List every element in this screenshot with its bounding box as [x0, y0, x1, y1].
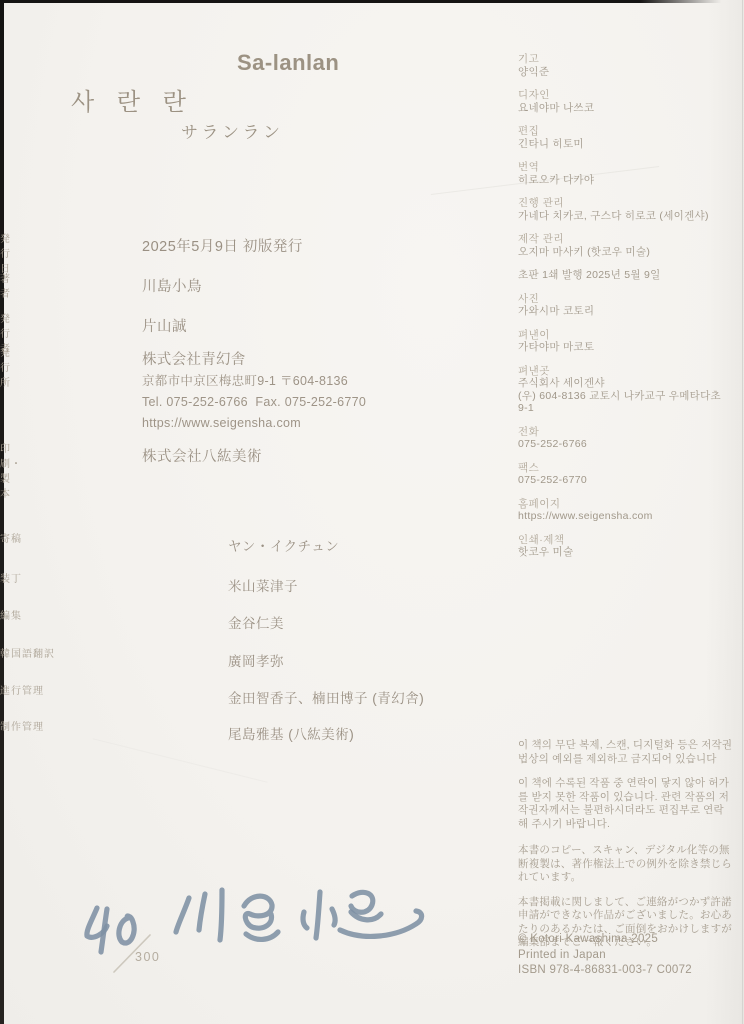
imprint-value: 株式会社八紘美術 — [142, 445, 262, 466]
publisher-tel-fax: Tel. 075-252-6766 Fax. 075-252-6770 — [142, 392, 366, 413]
korean-label: 팩스 — [518, 462, 733, 475]
imprint-value-block: 株式会社青幻舎 京都市中京区梅忠町9-1 〒604-8136 Tel. 075-… — [142, 349, 366, 434]
imprint-value: 川島小鳥 — [142, 275, 202, 296]
japanese-copyright-notice: 本書のコピー、スキャン、デジタル化等の無断複製は、著作権法上での例外を除き禁じら… — [518, 844, 734, 885]
printed-in-line: Printed in Japan — [518, 948, 692, 964]
publisher-address: 京都市中京区梅忠町9-1 〒604-8136 — [142, 371, 366, 392]
korean-row-homepage: 홈페이지 https://www.seigensha.com — [518, 498, 733, 523]
korean-label: 제작 관리 — [518, 233, 733, 246]
isbn-line: ISBN 978-4-86831-003-7 C0072 — [518, 963, 692, 979]
korean-row-photography: 사진 가와시마 코토리 — [518, 293, 733, 318]
credit-value: 尾島雅基 (八紘美術) — [228, 723, 354, 743]
publisher-url: https://www.seigensha.com — [142, 413, 366, 434]
korean-value: (우) 604-8136 교토시 나카교구 우메타다초 9-1 — [518, 390, 733, 415]
korean-copyright-notice: 이 책의 무단 복제, 스캔, 디지털화 등은 저작권법상의 예외를 제외하고 … — [518, 739, 734, 766]
paper-crease — [93, 738, 268, 783]
book-title-english: Sa-lanlan — [237, 50, 339, 76]
korean-row-design: 디자인 요네야마 나쓰코 — [518, 89, 733, 114]
korean-value: 핫코우 미술 — [518, 546, 733, 559]
korean-row-publisher-company: 펴낸곳 주식회사 세이겐샤 (우) 604-8136 교토시 나카교구 우메타다… — [518, 365, 733, 415]
korean-label: 인쇄·제책 — [518, 534, 733, 547]
korean-value: https://www.seigensha.com — [518, 510, 733, 523]
handwritten-signature — [58, 878, 438, 993]
korean-row-telephone: 전화 075-252-6766 — [518, 426, 733, 451]
korean-colophon-column: 기고 양익준 디자인 요네야마 나쓰코 편집 긴타니 히토미 번역 히로오카 다… — [518, 53, 733, 570]
publisher-name: 株式会社青幻舎 — [142, 349, 366, 371]
credit-value: 米山菜津子 — [228, 575, 298, 595]
book-title-korean: 사 란 란 — [71, 82, 194, 117]
photo-edge-left — [0, 0, 4, 1024]
korean-label: 펴낸이 — [518, 329, 733, 342]
korean-value: 긴타니 히토미 — [518, 138, 733, 151]
imprint-value: 片山誠 — [142, 315, 187, 336]
korean-value: 히로오카 다카야 — [518, 174, 733, 187]
korean-row-translation: 번역 히로오카 다카야 — [518, 161, 733, 186]
korean-label: 펴낸곳 — [518, 365, 733, 378]
korean-label: 전화 — [518, 426, 733, 439]
credit-value: 金谷仁美 — [228, 612, 284, 632]
credit-value: 廣岡孝弥 — [228, 650, 284, 670]
korean-label: 기고 — [518, 53, 733, 66]
korean-value: 초판 1쇄 발행 2025년 5월 9일 — [518, 269, 733, 282]
book-title-japanese: サランラン — [181, 118, 284, 143]
korean-row-production-management: 제작 관리 오지마 마사키 (핫코우 미술) — [518, 233, 733, 258]
korean-value: 075-252-6766 — [518, 438, 733, 451]
korean-value: 075-252-6770 — [518, 474, 733, 487]
korean-label: 홈페이지 — [518, 498, 733, 511]
korean-legal-notices: 이 책의 무단 복제, 스캔, 디지털화 등은 저작권법상의 예외를 제외하고 … — [518, 739, 734, 842]
imprint-value: 2025年5月9日 初版発行 — [142, 235, 303, 256]
credit-value: 金田智香子、楠田博子 (青幻舎) — [228, 687, 424, 707]
korean-value: 가네다 치카코, 구스다 히로코 (세이겐샤) — [518, 210, 733, 223]
korean-row-progress-management: 진행 관리 가네다 치카코, 구스다 히로코 (세이겐샤) — [518, 197, 733, 222]
credit-value: ヤン・イクチュン — [228, 535, 339, 555]
korean-label: 편집 — [518, 125, 733, 138]
korean-contact-notice: 이 책에 수록된 작품 중 연락이 닿지 않아 허가를 받지 못한 작품이 있습… — [518, 777, 734, 831]
korean-label: 디자인 — [518, 89, 733, 102]
photo-edge-right — [742, 0, 743, 1024]
korean-value: 가와시마 코토리 — [518, 305, 733, 318]
korean-value: 양익준 — [518, 66, 733, 79]
book-colophon-page: Sa-lanlan 사 란 란 サランラン 発行日 2025年5月9日 初版発行… — [0, 0, 744, 1024]
korean-row-fax: 팩스 075-252-6770 — [518, 462, 733, 487]
korean-row-contribution: 기고 양익준 — [518, 53, 733, 78]
korean-row-publisher-person: 펴낸이 가타야마 마코토 — [518, 329, 733, 354]
korean-value: 주식회사 세이겐샤 — [518, 377, 733, 390]
korean-row-editing: 편집 긴타니 히토미 — [518, 125, 733, 150]
korean-row-printing-binding: 인쇄·제책 핫코우 미술 — [518, 534, 733, 559]
copyright-line: © Kotori Kawashima 2025 — [518, 932, 692, 948]
photo-edge-top — [0, 0, 744, 3]
korean-label: 진행 관리 — [518, 197, 733, 210]
korean-value: 오지마 마사키 (핫코우 미술) — [518, 246, 733, 259]
korean-row-first-edition: 초판 1쇄 발행 2025년 5월 9일 — [518, 269, 733, 282]
korean-label: 번역 — [518, 161, 733, 174]
copyright-block: © Kotori Kawashima 2025 Printed in Japan… — [518, 932, 692, 979]
korean-label: 사진 — [518, 293, 733, 306]
korean-value: 요네야마 나쓰코 — [518, 102, 733, 115]
edition-total-number: 300 — [135, 950, 160, 964]
korean-value: 가타야마 마코토 — [518, 341, 733, 354]
